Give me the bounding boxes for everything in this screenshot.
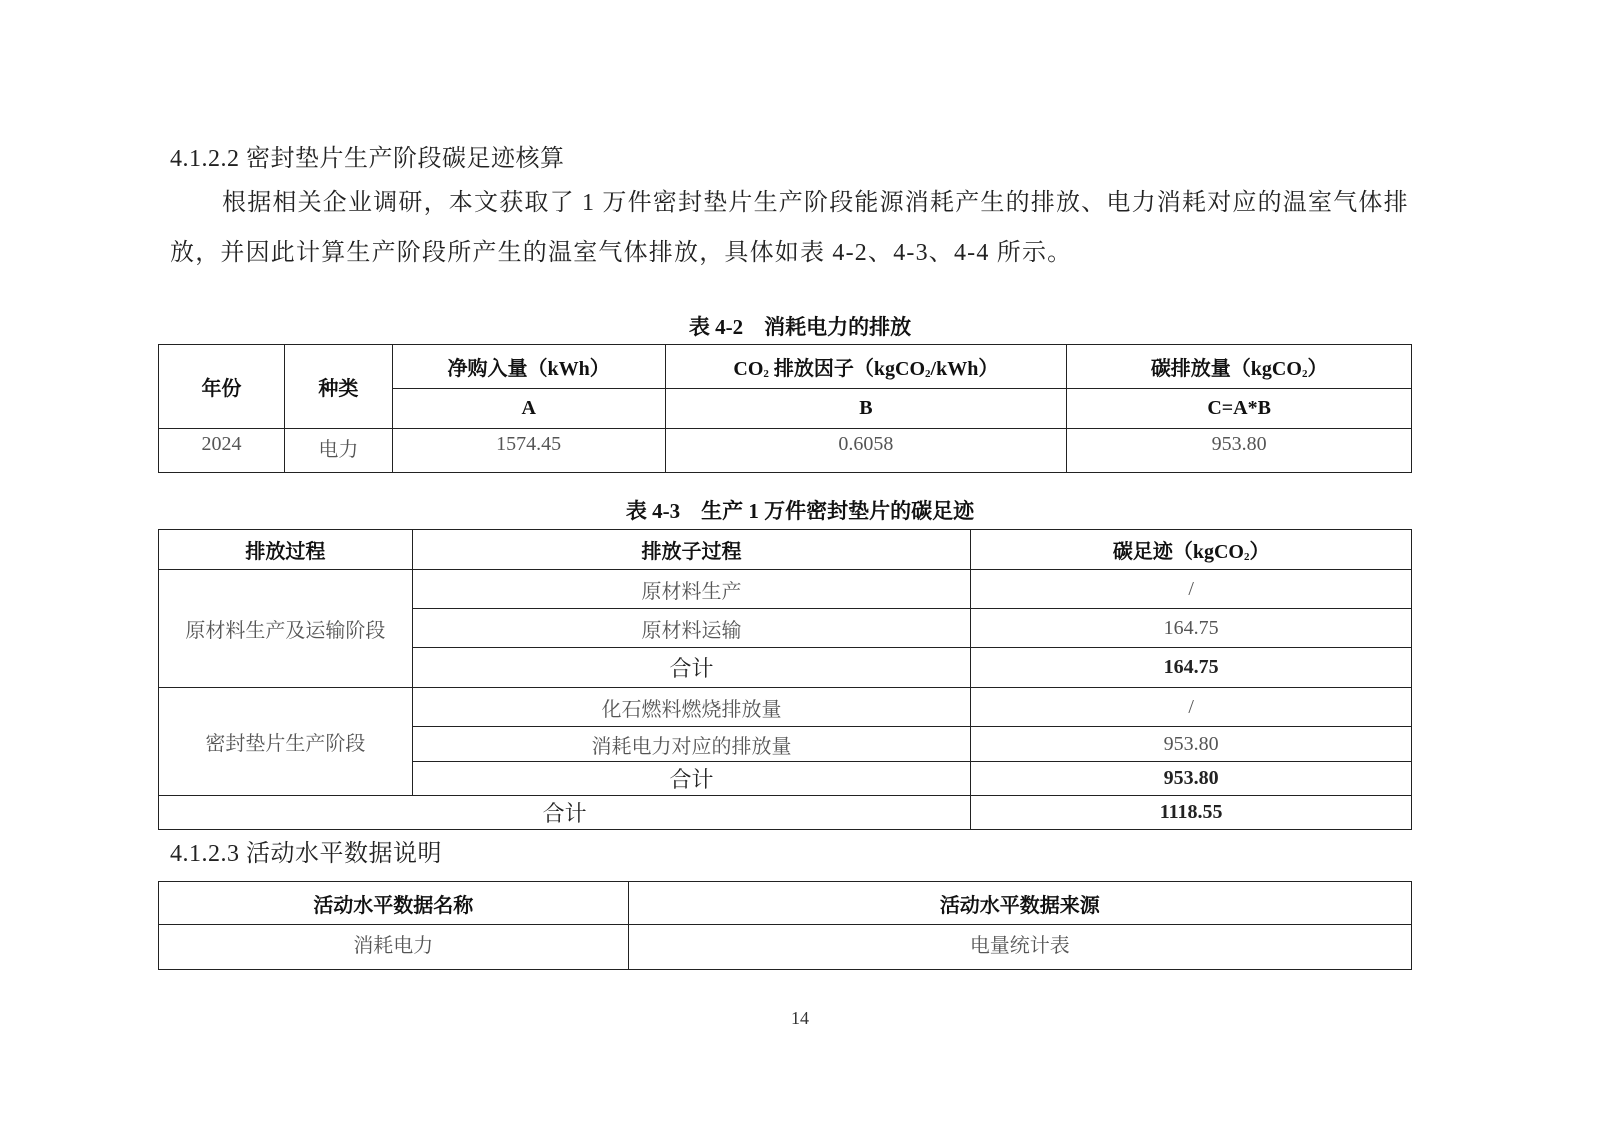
cell-activity-name: 消耗电力 (159, 925, 629, 970)
table-row: 消耗电力 电量统计表 (159, 925, 1412, 970)
cell-subprocess: 原材料运输 (412, 609, 971, 648)
cell-total-value: 1118.55 (971, 796, 1412, 830)
header-type: 种类 (284, 345, 392, 429)
cell-process-production: 密封垫片生产阶段 (159, 688, 413, 796)
table-4-2-caption: 表 4-2 消耗电力的排放 (0, 311, 1600, 341)
cell-subtotal-value: 164.75 (971, 648, 1412, 688)
table-4-2: 年份 种类 净购入量（kWh） CO2 排放因子（kgCO2/kWh） 碳排放量… (158, 344, 1412, 473)
cell-year: 2024 (159, 429, 285, 473)
cell-process-raw-material: 原材料生产及运输阶段 (159, 570, 413, 688)
cell-value: 953.80 (971, 727, 1412, 762)
cell-subtotal-label: 合计 (412, 762, 971, 796)
cell-subprocess: 消耗电力对应的排放量 (412, 727, 971, 762)
table-row: 密封垫片生产阶段 化石燃料燃烧排放量 / (159, 688, 1412, 727)
header-net-purchase: 净购入量（kWh） (392, 345, 665, 389)
header-subprocess: 排放子过程 (412, 530, 971, 570)
cell-activity-source: 电量统计表 (628, 925, 1411, 970)
cell-total-label: 合计 (159, 796, 971, 830)
page-number: 14 (0, 1008, 1600, 1029)
table-4-3: 排放过程 排放子过程 碳足迹（kgCO2） 原材料生产及运输阶段 原材料生产 /… (158, 529, 1412, 830)
header-year: 年份 (159, 345, 285, 429)
cell-emission: 953.80 (1067, 429, 1412, 473)
header-process: 排放过程 (159, 530, 413, 570)
cell-subprocess: 化石燃料燃烧排放量 (412, 688, 971, 727)
cell-subtotal-label: 合计 (412, 648, 971, 688)
cell-value: / (971, 688, 1412, 727)
body-paragraph-text: 根据相关企业调研，本文获取了 1 万件密封垫片生产阶段能源消耗产生的排放、电力消… (170, 190, 1409, 266)
section-heading-4-1-2-3: 4.1.2.3 活动水平数据说明 (170, 833, 442, 868)
header-col-c: C=A*B (1067, 389, 1412, 429)
document-page: 4.1.2.2 密封垫片生产阶段碳足迹核算 根据相关企业调研，本文获取了 1 万… (0, 0, 1600, 1131)
body-paragraph: 根据相关企业调研，本文获取了 1 万件密封垫片生产阶段能源消耗产生的排放、电力消… (170, 178, 1440, 278)
cell-factor: 0.6058 (665, 429, 1067, 473)
cell-net-purchase: 1574.45 (392, 429, 665, 473)
header-col-b: B (665, 389, 1067, 429)
cell-subprocess: 原材料生产 (412, 570, 971, 609)
table-row: 原材料生产及运输阶段 原材料生产 / (159, 570, 1412, 609)
header-carbon-emission: 碳排放量（kgCO2） (1067, 345, 1412, 389)
header-footprint: 碳足迹（kgCO2） (971, 530, 1412, 570)
header-col-a: A (392, 389, 665, 429)
cell-value: / (971, 570, 1412, 609)
cell-type: 电力 (284, 429, 392, 473)
table-4-3-caption: 表 4-3 生产 1 万件密封垫片的碳足迹 (0, 495, 1600, 525)
cell-value: 164.75 (971, 609, 1412, 648)
header-activity-source: 活动水平数据来源 (628, 882, 1411, 925)
activity-data-table: 活动水平数据名称 活动水平数据来源 消耗电力 电量统计表 (158, 881, 1412, 970)
header-emission-factor: CO2 排放因子（kgCO2/kWh） (665, 345, 1067, 389)
header-activity-name: 活动水平数据名称 (159, 882, 629, 925)
cell-subtotal-value: 953.80 (971, 762, 1412, 796)
table-row-total: 合计 1118.55 (159, 796, 1412, 830)
table-row: 2024 电力 1574.45 0.6058 953.80 (159, 429, 1412, 473)
section-heading-4-1-2-2: 4.1.2.2 密封垫片生产阶段碳足迹核算 (170, 138, 565, 173)
